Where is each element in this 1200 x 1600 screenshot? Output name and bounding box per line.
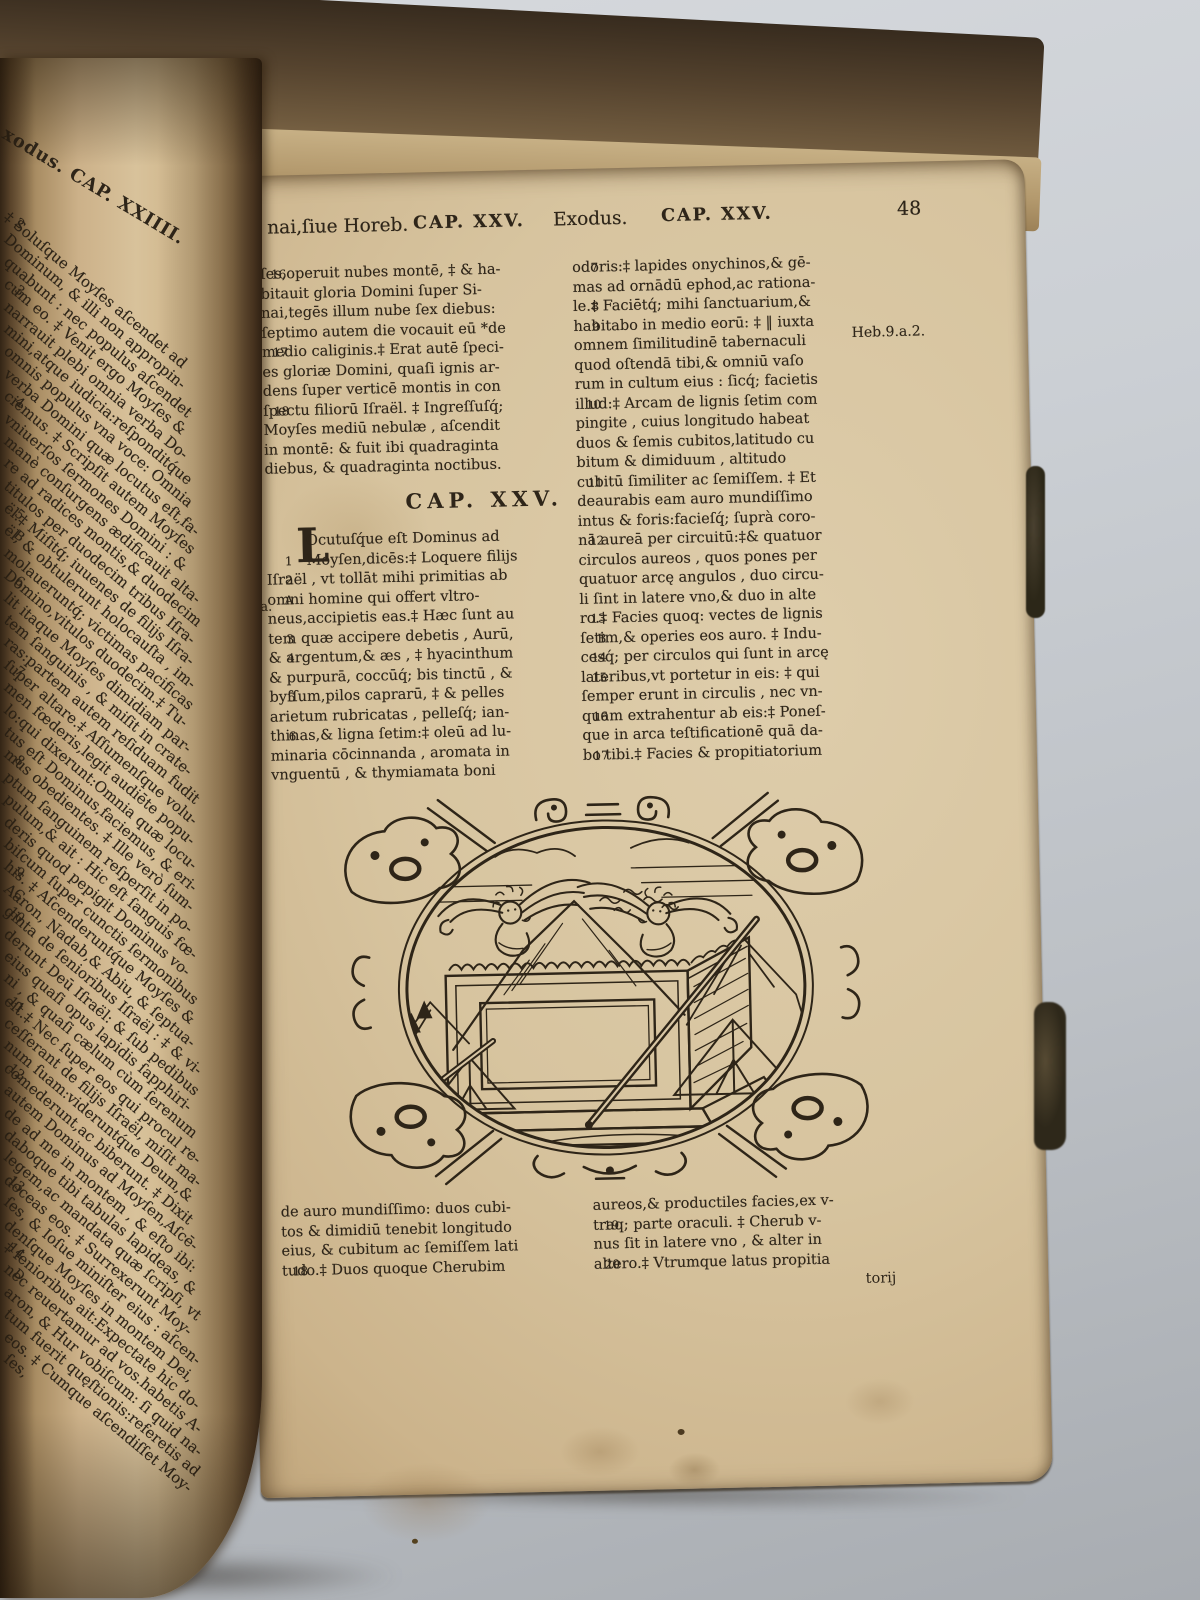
verse-text: vnguentū , & thymiamata boni: [271, 762, 496, 786]
running-chapter-left: CAP. XXV.: [413, 211, 525, 233]
left-page-curled: xodus. CAP. XXIIII. 2‡ Soluſque Moyſes a…: [0, 58, 262, 1598]
below-woodcut-column-2: aureos,& productiles facies,ex v- 19traq…: [592, 1190, 924, 1275]
brass-clasp-bottom: [1034, 1002, 1066, 1150]
cherub-right-outer-wing: [666, 898, 737, 934]
verse-text: altero.‡ Vtrumque latus propitia: [594, 1250, 831, 1275]
running-book-title: Exodus.: [553, 208, 628, 231]
cherub-right: [578, 880, 738, 958]
foxing-stain: [360, 1461, 492, 1544]
page-number: 48: [897, 197, 922, 220]
running-title-left: nai,ſiue Horeb.: [267, 215, 408, 239]
verse-text: diebus, & quadraginta noctibus.: [264, 456, 501, 481]
mercy-seat-crest: [449, 960, 689, 970]
verse-text: bo tibi.‡ Facies & propitiatorium: [583, 741, 823, 766]
running-chapter-right: CAP. XXV.: [661, 204, 773, 226]
foxing-stain: [560, 1426, 641, 1478]
below-woodcut-column-1: de auro mundiſſimo: duos cubi- tos & dim…: [281, 1196, 613, 1281]
ink-speck: [678, 1429, 685, 1435]
book-photograph: nai,ſiue Horeb. CAP. XXV. Exodus. CAP. X…: [0, 0, 1200, 1600]
right-page: nai,ſiue Horeb. CAP. XXV. Exodus. CAP. X…: [232, 159, 1053, 1498]
column-2-verses: 7odoris:‡ lapides onychinos,& gē- mas ad…: [572, 252, 913, 766]
ink-speck: [412, 1539, 418, 1544]
cherub-left: [438, 880, 592, 958]
column-1-verses: 16ſes,operuit nubes montē, ‡ & ha- bitau…: [260, 259, 595, 481]
foxing-stain: [668, 1452, 721, 1487]
brass-clasp-top: [1026, 466, 1045, 618]
diagonal-ribbons: [428, 793, 786, 1185]
ark-woodcut: [330, 783, 887, 1195]
verse-text: tudo.‡ Duos quoque Cherubim: [282, 1257, 506, 1281]
page-curl-shading: [0, 58, 262, 1598]
woodcut-lines: [344, 791, 869, 1186]
foxing-stain: [845, 1378, 916, 1426]
column-1-chapter25: Ocutuſq́ue eſt Dominus ad 1Moyſen,dicēs:…: [266, 526, 601, 787]
catchword: torij: [636, 1270, 896, 1292]
